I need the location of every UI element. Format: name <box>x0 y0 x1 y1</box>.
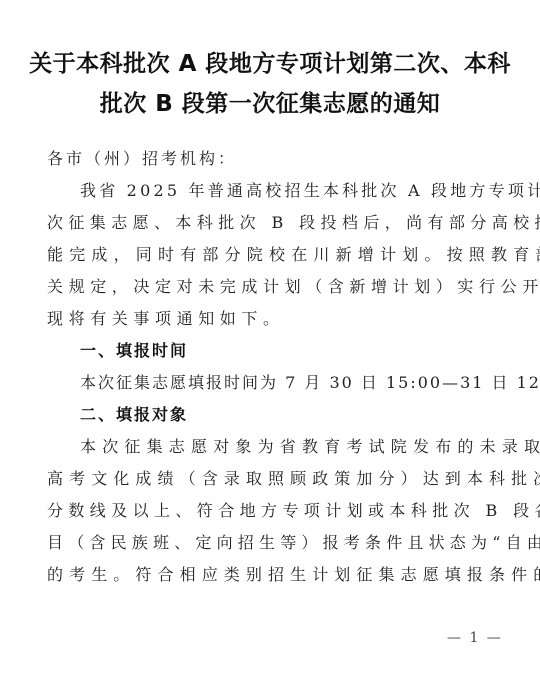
section-text-line: 本次征集志愿填报时间为 7 月 30 日 15:00—31 日 12:00。 <box>80 373 530 393</box>
section-text-line: 本次征集志愿对象为省教育考试院发布的未录取考生库中， <box>80 437 530 457</box>
salutation: 各市（州）招考机构： <box>47 149 497 169</box>
document-title-line-1: 关于本科批次 A 段地方专项计划第二次、本科 <box>0 45 540 78</box>
intro-paragraph-line: 关规定，决定对未完成计划（含新增计划）实行公开征集志愿。 <box>47 277 497 297</box>
section-text-line: 目（含民族班、定向招生等）报考条件且状态为“自由可投” <box>47 533 497 553</box>
intro-paragraph-line: 我省 2025 年普通高校招生本科批次 A 段地方专项计划第一 <box>80 181 530 201</box>
section-text-line: 分数线及以上、符合地方专项计划或本科批次 B 段各类招生项 <box>47 501 497 521</box>
document-page: 关于本科批次 A 段地方专项计划第二次、本科 批次 B 段第一次征集志愿的通知 … <box>0 0 540 677</box>
page-number: — 1 — <box>447 630 503 646</box>
intro-paragraph-line: 能完成，同时有部分院校在川新增计划。按照教育部和我省有 <box>47 245 497 265</box>
section-text-line: 高考文化成绩（含录取照顾政策加分）达到本科批次录取控制 <box>47 469 497 489</box>
intro-paragraph-line: 次征集志愿、本科批次 B 段投档后，尚有部分高校招生计划未 <box>47 213 497 233</box>
intro-paragraph-line: 现将有关事项通知如下。 <box>47 309 497 329</box>
section-heading-fill-time: 一、填报时间 <box>80 341 188 361</box>
section-text-line: 的考生。符合相应类别招生计划征集志愿填报条件的考生，地 <box>47 565 497 585</box>
document-title-line-2: 批次 B 段第一次征集志愿的通知 <box>0 85 540 118</box>
section-heading-fill-target: 二、填报对象 <box>80 405 188 425</box>
